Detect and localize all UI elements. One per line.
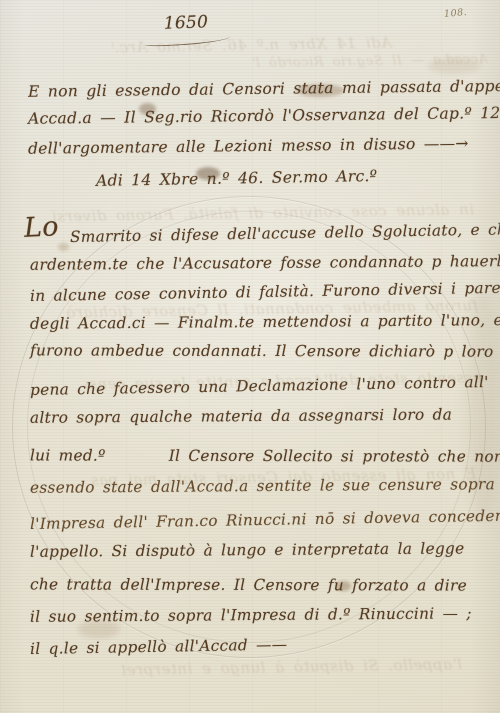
heading-line: dell'argomentare alle Lezioni messo in d… <box>28 134 486 158</box>
heading-line: E non gli essendo dai Censori stata mai … <box>28 77 486 101</box>
bleedthrough-line: l'appello. Si disputò à lungo e interpre… <box>122 655 462 679</box>
year-annotation: 1650 <box>148 12 225 35</box>
manuscript-page: Adi 14 Xbre n.º 46. Ser.mo Arc.º Accad.a… <box>0 0 500 713</box>
body-line: l'Impresa dell' Fran.co Rinucci.ni nō si… <box>30 507 490 533</box>
body-line: che tratta dell'Imprese. Il Censore fu f… <box>30 575 490 594</box>
bleedthrough-line: Accad.a — Il Seg.rio Ricordò l'Osservanz… <box>252 52 488 71</box>
heading-line: Accad.a — Il Seg.rio Ricordò l'Osservanz… <box>28 104 486 128</box>
body-line: pena che facessero una Declamazione l'un… <box>30 373 490 399</box>
body-line: il q.le si appellò all'Accad —— <box>30 632 490 658</box>
body-line: altro sopra qualche materia da assegnars… <box>30 405 490 427</box>
body-line: degli Accad.ci — Finalm.te mettendosi a … <box>30 311 490 333</box>
body-line: lui med.º Il Censore Sollecito si protes… <box>30 446 490 465</box>
body-line: Smarrito si difese dell'accuse dello Sgo… <box>70 220 500 246</box>
ink-stain <box>428 58 480 74</box>
body-line: furono ambedue condannati. Il Censore di… <box>30 341 490 360</box>
body-initial-letter: Lo <box>23 211 59 244</box>
body-line: essendo state dall'Accad.a sentite le su… <box>30 475 490 497</box>
dateline: Adi 14 Xbre n.º 46. Ser.mo Arc.º <box>96 166 426 190</box>
body-line: l'appello. Si disputò à lungo e interpre… <box>30 539 490 561</box>
body-line: il suo sentim.to sopra l'Impresa di d.º … <box>30 604 490 626</box>
ink-stain <box>58 243 69 251</box>
body-line: in alcune cose convinto di falsità. Furo… <box>30 279 490 305</box>
body-line: ardentem.te che l'Accusatore fosse conda… <box>30 252 490 274</box>
folio-number: 108. <box>444 5 489 20</box>
year-underline-flourish <box>144 34 230 47</box>
bleedthrough-line: Adi 14 Xbre n.º 46. Ser.mo Arc.º <box>112 34 392 57</box>
